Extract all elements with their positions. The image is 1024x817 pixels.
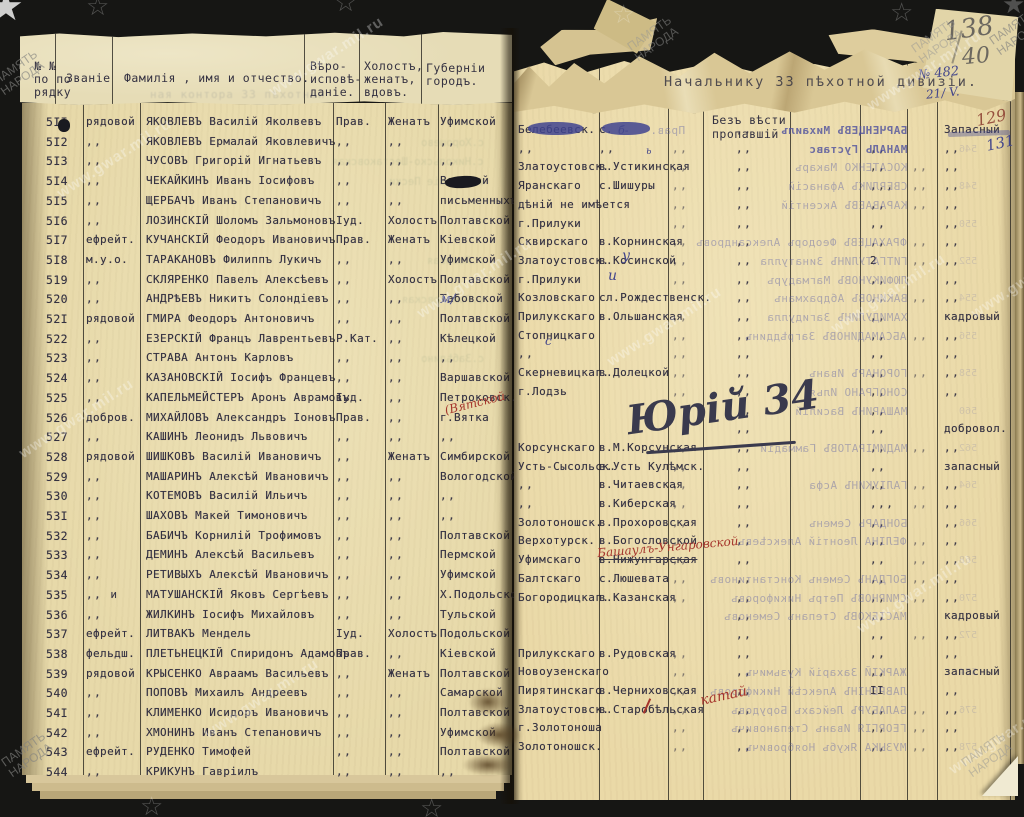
cell-n: 532	[46, 529, 86, 543]
cell-bez: ,,	[736, 291, 766, 304]
cell-mar: ,,	[388, 726, 438, 739]
cell-rank: м.у.о.	[86, 253, 140, 266]
cell-vol: в.Ольшанская	[599, 310, 668, 323]
cell-n: 527	[46, 430, 86, 444]
cell-name: БАБИЧЪ Корнилій Трофимовъ	[146, 529, 336, 542]
cell-cat: ,,	[944, 273, 1010, 286]
cell-d2: ,,	[912, 553, 934, 566]
bleed-through-text: ГЕОРГІЯ Иванъ Степановичъ	[731, 722, 907, 735]
star-icon: ☆	[86, 0, 109, 22]
cell-vol: ,,	[599, 142, 668, 155]
bleed-through-number: 552	[959, 256, 977, 267]
cell-rank: рядовой	[86, 450, 140, 463]
cell-n: 5I8	[46, 253, 86, 267]
bleed-through-number: 562	[959, 443, 977, 454]
cell-uezd: Златоустовск.	[518, 254, 600, 267]
bleed-through-number: 554	[959, 293, 977, 304]
cell-d1: ,,	[672, 478, 700, 491]
stain	[476, 722, 522, 748]
column-rule	[385, 103, 386, 775]
cell-mar: ,,	[388, 765, 438, 778]
handwriting-uezd-s: с	[545, 334, 552, 348]
cell-d2: ,,	[912, 478, 934, 491]
cell-rel: Прав.	[336, 647, 384, 660]
cell-n: 530	[46, 489, 86, 503]
cell-uezd: Прилукскаго	[518, 647, 600, 660]
cell-rel: ,,	[336, 667, 384, 680]
cell-vol: с.Люшевата	[599, 572, 668, 585]
cell-n: 5I6	[46, 214, 86, 228]
table-row: г.Прилуки,,,,,,,,	[514, 273, 1015, 292]
column-rule	[359, 32, 360, 105]
cell-d1: ,,	[672, 198, 700, 211]
bleed-through-text: КОСАТЕНКО Макаръ	[795, 161, 907, 174]
ink-blot	[58, 119, 70, 132]
col-header-marital: Холостъ, женатъ, вдовъ.	[364, 60, 423, 99]
cell-bez: ,,	[736, 497, 766, 510]
cell-mar: ,,	[388, 371, 438, 384]
cell-d2: ,,	[912, 291, 934, 304]
handwriting-vol-b: б-	[618, 124, 628, 137]
left-page: 5IIрядовойЯКОВЛЕВЪ Василій ЯколвевъПрав.…	[22, 103, 512, 775]
cell-n: 544	[46, 765, 86, 779]
next-page-edge	[1015, 92, 1024, 764]
cell-rel: ,,	[336, 351, 384, 364]
cell-vol: в.Долецкой	[599, 366, 668, 379]
cell-bez: ,,	[736, 217, 766, 230]
handwriting-city-i: и	[608, 268, 617, 284]
bleed-through-number: 570	[959, 593, 977, 604]
bleed-through-number: 572	[959, 630, 977, 641]
cell-name: КУЧАНСКІЙ Феодоръ Ивановичъ	[146, 233, 336, 246]
cell-d1: ,,	[672, 329, 700, 342]
cell-mar: ,,	[388, 489, 438, 502]
cell-name: КАЗАНОВСКІЙ Іосифъ Францевъ	[146, 371, 336, 384]
cell-mar: Женатъ	[388, 667, 438, 680]
cell-n1: ,,	[870, 628, 904, 641]
cell-n: 543	[46, 745, 86, 759]
cell-mar: ,,	[388, 312, 438, 325]
column-rule	[55, 32, 56, 105]
cell-name: ПОПОВЪ Михаилъ Андреевъ	[146, 686, 336, 699]
cell-rank: ,,	[86, 135, 140, 148]
cell-name: ДЕМИНЪ Алексѣй Васильевъ	[146, 548, 336, 561]
cell-vol: в.Рудовская	[599, 647, 668, 660]
cell-rel: Іуд.	[336, 627, 384, 640]
stain	[468, 688, 508, 716]
cell-rel: Прав.	[336, 233, 384, 246]
table-row: ,,,,,,,,,,,,	[514, 142, 1015, 161]
bleed-through-text: ВАКИНОВЪ Абдрахманъ	[774, 292, 907, 305]
cell-d2: ,,	[912, 740, 934, 753]
column-rule	[112, 32, 113, 105]
cell-rank: ефрейт.	[86, 233, 140, 246]
cell-rank: ,,	[86, 273, 140, 286]
cell-rel: ,,	[336, 608, 384, 621]
cell-rel: ,,	[336, 470, 384, 483]
cell-name: ЧЕКАЙКИНЪ Иванъ Іосифовъ	[146, 174, 336, 187]
cell-rank: ,,	[86, 194, 140, 207]
cell-name: ЧУСОВЪ Григорій Игнатьевъ	[146, 154, 336, 167]
bleed-through-text: МАНАЛЬ Густавс	[809, 143, 907, 156]
cell-uezd: Стопницкаго	[518, 329, 600, 342]
table-row: Усть-Сысольск.в.Усть Кулѣмск.,,,,,,запас…	[514, 460, 1015, 479]
cell-uezd: Скерневицкаг.	[518, 366, 600, 379]
cell-mar: Женатъ	[388, 115, 438, 128]
bleed-through-number: 548	[959, 181, 977, 192]
cell-cat: ,,	[944, 235, 1010, 248]
cell-rel: ,,	[336, 273, 384, 286]
cell-mar: ,,	[388, 686, 438, 699]
cell-uezd: Яранскаго	[518, 179, 600, 192]
cell-uezd: г.Прилуки	[518, 217, 600, 230]
cell-d1: ,,	[672, 273, 700, 286]
cell-mar: ,,	[388, 529, 438, 542]
bleed-through-number: 578	[959, 742, 977, 753]
cell-rank: ,,	[86, 686, 140, 699]
cell-uezd: г.Лодзь	[518, 385, 600, 398]
cell-n1: ,,	[870, 217, 904, 230]
cell-n: 537	[46, 627, 86, 641]
cell-n: 526	[46, 411, 86, 425]
handwriting-folio-b: 40	[961, 43, 991, 70]
cell-mar: Холостъ	[388, 273, 438, 286]
cell-cat: ,,	[944, 160, 1010, 173]
table-row: ,,,,,,,,,,	[514, 347, 1015, 366]
binding-shadow	[500, 28, 520, 804]
cell-rel: ,,	[336, 686, 384, 699]
cell-n: 535	[46, 588, 86, 602]
cell-mar: ,,	[388, 194, 438, 207]
cell-bez: ,,	[736, 516, 766, 529]
cell-cat: ,,	[944, 721, 1010, 734]
cell-cat: ,,	[944, 198, 1010, 211]
cell-rank: ,,	[86, 391, 140, 404]
cell-vol: с.Шишуры	[599, 179, 668, 192]
column-rule	[1010, 55, 1011, 800]
cell-n1: ,,	[870, 460, 904, 473]
bleed-through-text: ГАЛІУКИНЪ Асфа	[809, 479, 907, 492]
page-corner-fold	[982, 756, 1018, 796]
cell-uezd: Богородицкаг.	[518, 591, 600, 604]
cell-uezd: Пирятинскаго	[518, 684, 600, 697]
cell-uezd: ,,	[518, 347, 600, 360]
stacked-page-edge	[40, 791, 496, 799]
cell-rel: Прав.	[336, 115, 384, 128]
cell-rank: добров.	[86, 411, 140, 424]
col-header-rank: Званіе	[66, 72, 111, 85]
cell-vol: в.Старобѣльская	[599, 703, 668, 716]
cell-n: 529	[46, 470, 86, 484]
cell-vol: в.Прохоровская	[599, 516, 668, 529]
cell-rank: ,,	[86, 154, 140, 167]
cell-name: ШИШКОВЪ Василій Ивановичъ	[146, 450, 336, 463]
star-icon: ☆	[890, 0, 913, 28]
cell-name: ГМИРА Феодоръ Антоновичъ	[146, 312, 336, 325]
cell-name: СТРАВА Антонъ Карловъ	[146, 351, 336, 364]
bleed-through-text: БАЛАБУРЪ Лейсахъ Борудовъ	[731, 704, 907, 717]
cell-uezd: Балтскаго	[518, 572, 600, 585]
cell-rel: ,,	[336, 253, 384, 266]
cell-rank: ,,	[86, 765, 140, 778]
cell-d2: ,,	[912, 703, 934, 716]
table-row: Прилукскагов.Рудовская,,,,,,,,	[514, 647, 1015, 666]
cell-d1: ,,	[672, 591, 700, 604]
ink-blot-blue	[528, 122, 583, 135]
cell-mar: ,,	[388, 568, 438, 581]
cell-rel: ,,	[336, 588, 384, 601]
cell-n: 534	[46, 568, 86, 582]
bleed-through-number: 566	[959, 518, 977, 529]
cell-cat: ,,	[944, 647, 1010, 660]
cell-vol: в.Киберская	[599, 497, 668, 510]
col-header-province: Губерніи городъ.	[426, 62, 485, 88]
cell-bez: ,,	[736, 366, 766, 379]
cell-name: РЕТИВЫХЪ Алексѣй Ивановичъ	[146, 568, 336, 581]
cell-rank: ,,	[86, 292, 140, 305]
bleed-through-line: ная контора 33 пѣхотной	[150, 88, 325, 101]
cell-n1: ,,	[870, 553, 904, 566]
cell-uezd: дѣній не имѣется	[518, 198, 600, 211]
bleed-through-text: МАСІЕКОВЪ Степанъ Семеновъ	[724, 610, 907, 623]
cell-cat: запасный	[944, 460, 1010, 473]
cell-name: РУДЕНКО Тимофей	[146, 745, 336, 758]
cell-vol: сл.Рождественск.	[599, 291, 668, 304]
cell-uezd: Сквирскаго	[518, 235, 600, 248]
cell-d1: ,,	[672, 142, 700, 155]
bleed-through-text: Прав.	[650, 124, 685, 137]
column-rule	[438, 103, 439, 775]
column-rule	[599, 55, 600, 800]
handwriting-vol-soft: ь	[646, 146, 651, 157]
cell-name: КРИКУНЪ Гавріилъ	[146, 765, 336, 778]
cell-bez: ,,	[736, 142, 766, 155]
cell-d2: ,,	[912, 591, 934, 604]
bleed-through-number: 568	[959, 555, 977, 566]
cell-n: 523	[46, 351, 86, 365]
bleed-through-text: ГИТГАТУЛИНЪ Зинатулла	[760, 255, 907, 268]
cell-rank: ,,	[86, 174, 140, 187]
cell-rank: ,,	[86, 726, 140, 739]
cell-mar: ,,	[388, 588, 438, 601]
archival-document-scan: 5IIрядовойЯКОВЛЕВЪ Василій ЯколвевъПрав.…	[0, 0, 1024, 817]
cell-mar: Женатъ	[388, 450, 438, 463]
table-row: Белебеевск.с.,,Запасный	[514, 123, 1015, 142]
cell-d1: ,,	[672, 217, 700, 230]
cell-uezd: Прилукскаго	[518, 310, 600, 323]
table-row: Козловскагосл.Рождественск.,,,,,,,,	[514, 291, 1015, 310]
cell-n: 5I7	[46, 233, 86, 247]
cell-d1: ,,	[672, 553, 700, 566]
cell-d2: ,,	[912, 235, 934, 248]
cell-mar: Холостъ	[388, 627, 438, 640]
cell-rank: фельдш.	[86, 647, 140, 660]
cell-n: 542	[46, 726, 86, 740]
cell-uezd: Златоустовск.	[518, 160, 600, 173]
cell-rank: ефрейт.	[86, 627, 140, 640]
cell-name: КАПЕЛЬМЕЙСТЕРЪ Аронъ Аврамовъ	[146, 391, 336, 404]
cell-rel: ,,	[336, 135, 384, 148]
col-header-name: Фамилія , имя и отчество.	[124, 72, 310, 85]
cell-d2: ,,	[912, 160, 934, 173]
cell-rank: ,,	[86, 214, 140, 227]
cell-bez: ,,	[736, 179, 766, 192]
cell-rel: ,,	[336, 745, 384, 758]
table-row: ,,,,,,,,	[514, 628, 1015, 647]
column-rule	[421, 32, 422, 105]
cell-mar: ,,	[388, 470, 438, 483]
cell-mar: ,,	[388, 391, 438, 404]
cell-n: 53I	[46, 509, 86, 523]
cell-name: МАТУШАНСКІЙ Яковъ Сергѣевъ	[146, 588, 336, 601]
cell-name: ЛОЗИНСКІЙ Шоломъ Зальмоновъ	[146, 214, 336, 227]
cell-n: 5I5	[46, 194, 86, 208]
cell-n: 536	[46, 608, 86, 622]
cell-name: КОТЕМОВЪ Василій Ильичъ	[146, 489, 336, 502]
cell-d1: ,,	[672, 497, 700, 510]
cell-uezd: Золотоношск.	[518, 740, 600, 753]
bleed-through-number: 574	[959, 667, 977, 678]
cell-name: КАШИНЪ Леонидъ Львовичъ	[146, 430, 336, 443]
right-page: Безъ вѣсти пропавшій Белебеевск.с.,,Запа…	[514, 55, 1015, 800]
column-rule	[333, 103, 334, 775]
cell-rank: ,,	[86, 470, 140, 483]
bleed-through-text: СВЕРЛИКЪ Афанасій	[788, 180, 907, 193]
cell-mar: ,,	[388, 411, 438, 424]
cell-uezd: ,,	[518, 142, 600, 155]
cell-bez: ,,	[736, 347, 766, 360]
cell-rank: ефрейт.	[86, 745, 140, 758]
cell-rank: рядовой	[86, 667, 140, 680]
table-row: Златоустовск.в.Устикинская,,,,,,,,,,	[514, 160, 1015, 179]
cell-d2: ,,	[912, 628, 934, 641]
stacked-page-edge	[32, 783, 504, 791]
cell-d1: ,,	[672, 572, 700, 585]
cell-rank: ,,	[86, 548, 140, 561]
cell-n: 538	[46, 647, 86, 661]
cell-d1: ,,	[672, 703, 700, 716]
cell-name: ЕЗЕРСКІЙ Францъ Лаврентьевъ	[146, 332, 336, 345]
bleed-through-text: с.Забѣлино	[421, 353, 484, 365]
cell-rel: Р.Кат.	[336, 332, 384, 345]
cell-d2: ,,	[912, 254, 934, 267]
cell-rank: ,,	[86, 332, 140, 345]
cell-mar: ,,	[388, 647, 438, 660]
bleed-through-text: ХАМИДУЛИНЪ Загидулла	[767, 311, 907, 324]
cell-rel: ,,	[336, 529, 384, 542]
cell-name: ХМОНИНЪ Иванъ Степановичъ	[146, 726, 336, 739]
cell-name: ЛИТВАКЪ Мендель	[146, 627, 336, 640]
cell-uezd: Золотоношск.	[518, 516, 600, 529]
cell-rel: ,,	[336, 194, 384, 207]
cell-cat: ,,	[944, 572, 1010, 585]
bleed-through-text: АБСАМАДИНОВЪ Загрѣддинъ	[745, 330, 907, 343]
cell-d1: ,,	[672, 647, 700, 660]
bleed-through-text: КАРАВАЕВЪ Аксентій	[781, 199, 907, 212]
cell-uezd: г.Золотоноша	[518, 721, 600, 734]
left-header-slip: № № по по рядку Званіе Фамилія , имя и о…	[20, 32, 512, 105]
cell-rel: Іуд.	[336, 391, 384, 404]
cell-bez: ,,	[736, 198, 766, 211]
bleed-through-number: 564	[959, 480, 977, 491]
cell-rank: ,,	[86, 351, 140, 364]
bleed-through-text: ЖАРКІЙ Захарій Кузьмичъ	[745, 666, 907, 679]
star-icon: ★	[0, 0, 24, 30]
table-row: дѣній не имѣется,,,,,,,,,,	[514, 198, 1015, 217]
bleed-through-text: БОНДАРЬ Семенъ	[809, 517, 907, 530]
cell-name: МИХАЙЛОВЪ Александръ Іоновъ	[146, 411, 336, 424]
cell-n: 539	[46, 667, 86, 681]
cell-mar: Женатъ	[388, 233, 438, 246]
cell-vol: в.Читаевская	[599, 478, 668, 491]
cell-uezd: Уфимскаго	[518, 553, 600, 566]
cell-cat: ,,	[944, 534, 1010, 547]
cell-rank: ,,	[86, 706, 140, 719]
cell-vol: в.Черниховская	[599, 684, 668, 697]
cell-cat: ,,	[944, 684, 1010, 697]
cell-n: 540	[46, 686, 86, 700]
cell-d1: ,,	[672, 740, 700, 753]
column-rule	[937, 55, 938, 800]
cell-n: 525	[46, 391, 86, 405]
cell-d1: ,,	[672, 516, 700, 529]
cell-n: 5I2	[46, 135, 86, 149]
cell-rank: ,,	[86, 529, 140, 542]
cell-cat: ,,	[944, 385, 1010, 398]
cell-d2: ,,	[912, 497, 934, 510]
cell-mar: ,,	[388, 332, 438, 345]
cell-vol: в.Устикинская	[599, 160, 668, 173]
cell-bez: ,,	[736, 123, 766, 136]
cell-mar: ,,	[388, 548, 438, 561]
cell-d1: ,,	[672, 347, 700, 360]
cell-rel: ,,	[336, 568, 384, 581]
cell-d2: ,,	[912, 329, 934, 342]
cell-name: МАШАРИНЪ Алексѣй Ивановичъ	[146, 470, 336, 483]
cell-cat: ,,	[944, 497, 1010, 510]
cell-name: ЖИЛКИНЪ Іосифъ Михайловъ	[146, 608, 336, 621]
bleed-through-text: ФЕЛІНА Леонтій Алексѣевъ	[738, 535, 907, 548]
cell-uezd: Златоустовск.	[518, 703, 600, 716]
cell-bez: ,,	[736, 460, 766, 473]
cell-rel: ,,	[336, 371, 384, 384]
cell-d1: ,,	[672, 721, 700, 734]
table-row: Яранскагос.Шишуры,,,,,,,,,,,	[514, 179, 1015, 198]
bleed-through-number: 576	[959, 705, 977, 716]
cell-uezd: Новоузенскаго	[518, 665, 600, 678]
bleed-through-text: ФРАХАЦЕВЪ Феодоръ Александровъ	[696, 236, 907, 249]
bleed-through-text: г.Лозовая	[427, 255, 484, 267]
cell-d2: ,,	[912, 534, 934, 547]
bleed-through-text: БОГДАНЪ Семенъ Константиновъ	[710, 573, 907, 586]
cell-n1: ,,	[870, 347, 904, 360]
cell-rank: рядовой	[86, 115, 140, 128]
cell-rel: ,,	[336, 509, 384, 522]
cell-vol: в.Косинской	[599, 254, 668, 267]
table-row: Уфимскагов.Нижунгарская,,,,,,,,,,	[514, 553, 1015, 572]
cell-rank: ,,	[86, 509, 140, 522]
table-row: ,,в.Киберская,,,,,,,,,,,	[514, 497, 1015, 516]
bleed-through-text: СМИРНОВЪ Петръ Никифоровъ	[731, 592, 907, 605]
cell-d1: ,,	[672, 460, 700, 473]
cell-cat: кадровый	[944, 609, 1010, 622]
cell-bez: ,,	[736, 478, 766, 491]
cell-d2: ,,	[912, 179, 934, 192]
cell-bez: ,,	[736, 310, 766, 323]
cell-rel: ,,	[336, 450, 384, 463]
cell-d1: ,,	[672, 366, 700, 379]
cell-mar: ,,	[388, 509, 438, 522]
